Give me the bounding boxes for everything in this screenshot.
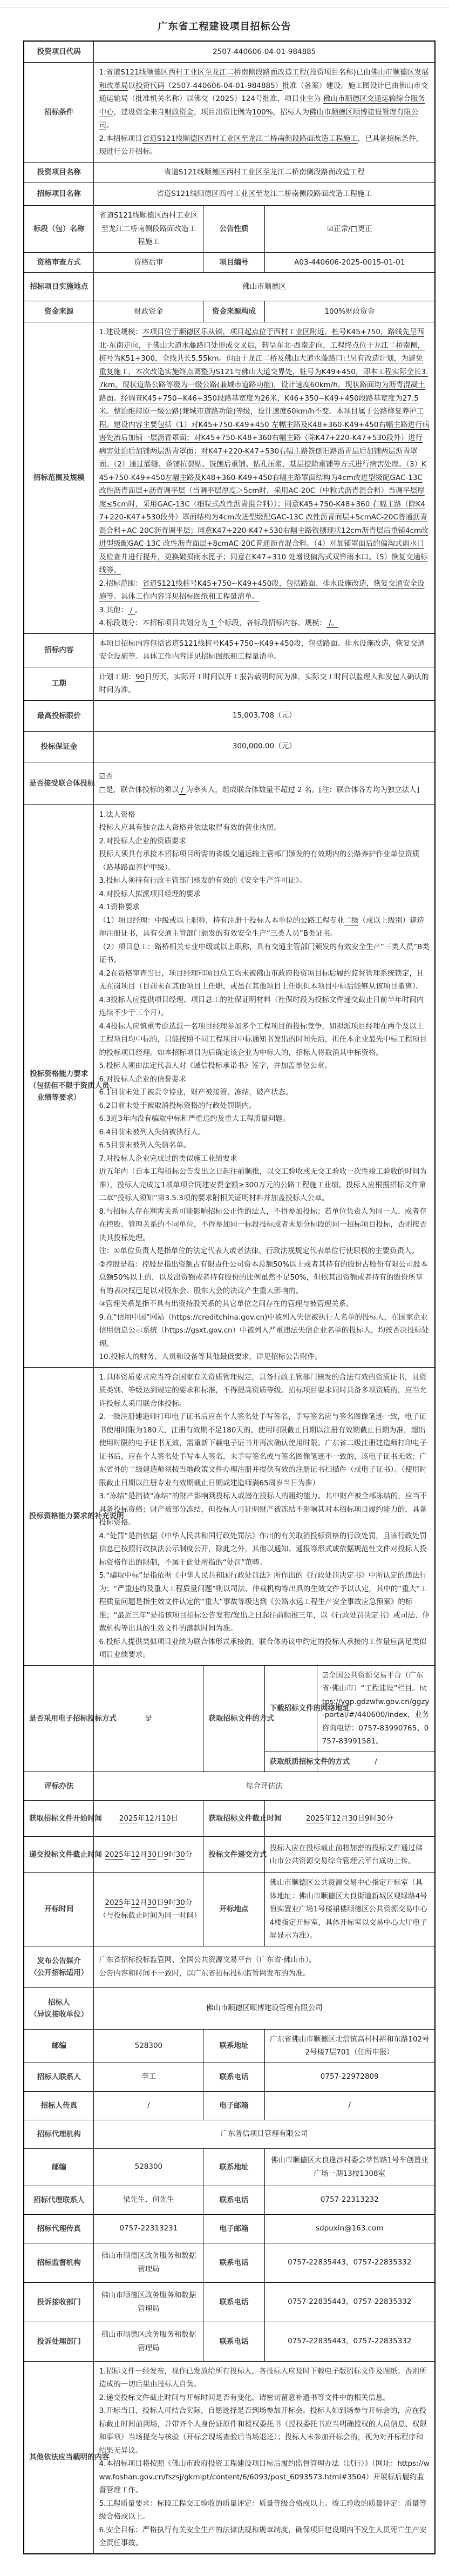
label-doc-obtain-deadline: 获取招标文件截止时间 (203, 1801, 264, 1836)
row-tenderer-postcode: 邮编528300联系地址广东省佛山市顺德区北滘镇高村村裕和东路102号2号楼7层… (24, 2029, 434, 2063)
label-tenderer-contact: 招标人联系人 (24, 2063, 93, 2091)
value-implementation-location: 佛山市顺德区 (93, 273, 434, 301)
text-paragraph: 6.2目前未处于被取消投标资格的行政处罚期内。 (99, 1099, 430, 1113)
table-subrow: 获取纸质招标文件的方式/ (265, 1752, 434, 1772)
text-paragraph: 6.安全目标：严格执行有关安全生产的法律法规和规章制度，确保项目建设期内不发生人… (99, 2524, 430, 2550)
value-bid-submission-method: 投标人应在投标截止前将加密的投标文件通过佛山市公共资源交易综合管理云平台成功上传… (264, 1837, 434, 1872)
value-other-contents: 1.招标文件一经发布，视作已发放给所有投标人，各投标人应及时下载电子版招标文件及… (93, 2362, 434, 2553)
text-paragraph: 综合评估法 (99, 1780, 430, 1793)
row-implementation-location: 招标项目实施地点佛山市顺德区 (24, 272, 434, 301)
value-download-address: ☑全国公共资源交易平台（广东省·佛山市）“工程建设”栏目。https://ygp… (317, 1666, 434, 1752)
text-paragraph: 资金来源构成 (208, 306, 259, 317)
text-paragraph: 投标文件递交方式 (208, 1849, 259, 1861)
text-paragraph: 8.与招标人存在利害关系可能影响招标公正性的法人，不得参加投标；若单位负责人为同… (99, 1205, 430, 1245)
text-paragraph: 2.递交投标文件截止时间与开标时间是否有变化，请密切留意补遗书等文件中的相关信息… (99, 2391, 430, 2405)
label-construction-period: 工期 (24, 667, 93, 700)
label-announcement-media: 发布公告媒介（公开招标适用） (24, 1946, 93, 1987)
text-paragraph: 4.标段划分：本招标项目共划分为 1 个标段，各标段招标内容、规模： /。 (99, 617, 430, 630)
text-paragraph: 项目编号 (208, 256, 259, 268)
text-paragraph: 电子邮箱 (208, 2100, 259, 2112)
row-max-bid-price: 最高投标限价15,003,708（元） (24, 700, 434, 731)
text-paragraph: 其他依法应当载明的内容 (29, 2451, 89, 2463)
text-paragraph: 3.“冻结”是指被“冻结”的财产影响到投标人或潜在投标人的履约能力。其中财产被全… (99, 1490, 430, 1530)
text-paragraph: ☑正常/□更正 (270, 222, 430, 236)
text-paragraph: 4.3投标人应提供项目经理、项目总工的社保证明材料（社保时段为投标文件递交截止日… (99, 993, 430, 1020)
text-paragraph: 联系电话 (208, 2194, 259, 2206)
text-paragraph: 投资项目代码 (29, 46, 89, 58)
label-download-address: 下载招标文件的网络地址 (265, 1666, 317, 1752)
label-funding-source: 资金来源 (24, 301, 93, 322)
value-tenderer-phone: 0757-22972809 (264, 2063, 434, 2091)
text-paragraph: 投资项目名称 (29, 166, 89, 178)
text-paragraph: 标段（包）名称 (29, 223, 89, 235)
text-paragraph: 招标内容 (29, 644, 89, 656)
text-paragraph: 0757-22313232 (270, 2193, 430, 2207)
text-paragraph: 获取招标文件开始时间 (29, 1813, 89, 1824)
text-paragraph: 15,003,708（元） (99, 709, 430, 722)
row-tenderer-fax: 招标人传真/电子邮箱/ (24, 2091, 434, 2120)
label-tenderer-phone: 联系电话 (203, 2063, 264, 2091)
page-top-divider (0, 0, 449, 8)
label-electronic-bidding: 是否采用电子招标投标方式 (24, 1666, 93, 1772)
text-paragraph: 2025年12月30日9时30分（与投标截止时间为同一时间） (99, 1896, 198, 1923)
label-complaint-handling: 投诉处理部门 (24, 2322, 93, 2361)
text-paragraph: 7.对投标人企业完成过的类似施工业绩要求 (99, 1152, 430, 1166)
text-paragraph: ②控股是指：控股是指出资额占有限责任公司资本总额50%以上或者其持有的股份占股份… (99, 1258, 430, 1298)
text-paragraph: 招标代理传真 (29, 2223, 89, 2235)
value-qualification-review-method: 资格后审 (93, 253, 203, 273)
label-agency-contact: 招标代理联系人 (24, 2186, 93, 2214)
text-paragraph: 资格审查方式 (29, 256, 89, 268)
value-doc-obtain-deadline: 2025年12月30日9时30分 (264, 1801, 434, 1836)
text-paragraph: 投标资格能力要求的补充说明 (29, 1510, 89, 1522)
text-paragraph: 招标代理联系人 (29, 2194, 89, 2206)
label-tender-content: 招标内容 (24, 634, 93, 667)
value-investment-project-code: 2507-440606-04-01-984885 (93, 42, 434, 62)
label-agency: 招标代理机构 (24, 2120, 93, 2148)
text-paragraph: ☑全国公共资源交易平台（广东省·佛山市）“工程建设”栏目。https://ygp… (322, 1669, 430, 1748)
value-paper-doc-method: / (317, 1752, 434, 1772)
cell-doc-obtain-methods: 下载招标文件的网络地址☑全国公共资源交易平台（广东省·佛山市）“工程建设”栏目。… (264, 1666, 434, 1772)
text-paragraph: 4.“处罚”是指依据《中华人民共和国行政处罚法》作出的有关取消投标资格的行政处罚… (99, 1530, 430, 1570)
label-tenderer-postcode: 邮编 (24, 2030, 93, 2063)
value-agency-address: 佛山市顺德区大良逢沙村委会萃智路1号车创置业广场一期13楼1308室 (264, 2149, 434, 2186)
text-paragraph: 联系地址 (208, 2161, 259, 2173)
text-paragraph: 资金来源 (29, 306, 89, 317)
value-funding-source: 财政资金 (93, 301, 203, 322)
label-complaint-receiving: 投诉接收部门 (24, 2283, 93, 2322)
text-paragraph: 2.招标范围：省道S121线桩号K45+750~K49+450段，包括路面、排水… (99, 577, 430, 604)
text-paragraph: 佛山市顺德区政务服务和数据管理局 (99, 2328, 198, 2355)
text-paragraph: 工期 (29, 678, 89, 689)
text-paragraph: 注：①单位负责人是指单位的法定代表人或者法律、行政法规规定代表单位行使职权的主要… (99, 1245, 430, 1258)
text-paragraph: 广东省招标投标监管网、全国公共资源交易平台（广东省·佛山市）。 (99, 1953, 430, 1967)
text-paragraph: 邮编 (29, 2040, 89, 2052)
label-max-bid-price: 最高投标限价 (24, 701, 93, 731)
text-paragraph: 2.本招标项目省道S121线顺德区西村工业区至龙江二桥南侧段路面改造工程施工，已… (99, 132, 430, 159)
value-funding-composition: 100%财政资金 (264, 301, 434, 322)
text-paragraph: 5.投标人须由法定代表人对《诚信投标承诺书》签字，并加盖单位公章。 (99, 1059, 430, 1073)
label-agency-address: 联系地址 (203, 2149, 264, 2186)
label-tenderer: 招标人（异议接收单位） (24, 1988, 93, 2029)
value-tender-content: 本项目招标内容包括省道S121线桩号K45+750~K49+450段，包括路面、… (93, 634, 434, 667)
text-paragraph: 下载招标文件的网络地址 (270, 1702, 312, 1714)
label-complaint-receiving-phone: 联系电话 (203, 2283, 264, 2322)
row-consortium-bidding: 是否接受联合体投标☑否□是，联合体投标的须以 / 为牵头人，组成联合体数量不超过… (24, 762, 434, 804)
row-agency-fax: 招标代理传真0757-22313231电子邮箱sdpuxin@163.com (24, 2214, 434, 2243)
value-complaint-receiving-phone: 0757-22835443，0757-22835332 (264, 2283, 434, 2322)
value-supervision-phone: 0757-22835443，0757-22835332 (264, 2243, 434, 2282)
value-supervision-authority: 佛山市顺德区政务服务和数据管理局 (93, 2243, 203, 2282)
text-paragraph: □是，联合体投标的须以 / 为牵头人，组成联合体数量不超过 2 名。[注：联合体… (99, 783, 430, 797)
label-implementation-location: 招标项目实施地点 (24, 273, 93, 301)
label-bid-opening-time: 开标时间 (24, 1873, 93, 1946)
text-paragraph: 佛山市顺德区大良逢沙村委会萃智路1号车创置业广场一期13楼1308室 (270, 2154, 430, 2180)
text-paragraph: 公告性质 (208, 223, 259, 235)
text-paragraph: 招标人联系人 (29, 2071, 89, 2083)
label-announcement-nature: 公告性质 (203, 206, 264, 252)
text-paragraph: 投诉处理部门 (29, 2336, 89, 2348)
text-paragraph: 10.投标人的财务、人员和设备等其他最低要求，详见招标公告附件。 (99, 1350, 430, 1364)
value-construction-period: 计划工期：90日历天，实际开工时间以开工报告载明时间为准，实际交工时间以监理人和… (93, 667, 434, 700)
row-agency-postcode: 邮编528300联系地址佛山市顺德区大良逢沙村委会萃智路1号车创置业广场一期13… (24, 2148, 434, 2186)
value-tender-project-name: 省道S121线顺德区西村工业区至龙江二桥南侧段路面改造工程施工 (93, 182, 434, 205)
value-evaluation-method: 综合评估法 (93, 1772, 434, 1800)
text-paragraph: 近五年内（自本工程招标公告发出之日起往前顺推，以交工验收或无交工验收一次性竣工验… (99, 1165, 430, 1205)
text-paragraph: 2025年12月10日 (99, 1812, 198, 1825)
row-electronic-bidding: 是否采用电子招标投标方式是获取招标文件的方式下载招标文件的网络地址☑全国公共资源… (24, 1665, 434, 1772)
text-paragraph: 最高投标限价 (29, 710, 89, 722)
label-bid-submission-deadline: 递交投标文件截止时间 (24, 1837, 93, 1872)
text-paragraph: 300,000.00（元） (99, 740, 430, 753)
text-paragraph: 4.4投标人应慎重考虑选派一名项目经理参加多个工程项目的投标竞争，如拟派项目经理… (99, 1020, 430, 1060)
row-tenderer: 招标人（异议接收单位）佛山市顺德区顺博建设管理有限公司 (24, 1987, 434, 2029)
text-paragraph: 省道S121线顺德区西村工业区至龙江二桥南侧段路面改造工程 (99, 166, 430, 179)
text-paragraph: 是 (99, 1712, 198, 1726)
label-project-number: 项目编号 (203, 253, 264, 273)
text-paragraph: 投标资格能力要求（包括但不限于资质人员、业绩等要求） (29, 1068, 89, 1104)
text-paragraph: 计划工期：90日历天，实际开工时间以开工报告载明时间为准，实际交工时间以监理人和… (99, 671, 430, 697)
text-paragraph: 4.对投标人拟派项目经理的要求 (99, 888, 430, 901)
row-complaint-handling: 投诉处理部门佛山市顺德区政务服务和数据管理局联系电话0757-22835443，… (24, 2322, 434, 2361)
announcement-page: 广东省工程建设项目招标公告 投资项目代码2507-440606-04-01-98… (0, 19, 449, 2554)
text-paragraph: 李工 (99, 2070, 198, 2084)
text-paragraph: 2.一级注册建造师打印电子证书后应在个人签名处手写签名，手写签名应与签名图像笔迹… (99, 1410, 430, 1490)
label-investment-project-name: 投资项目名称 (24, 163, 93, 182)
label-agency-fax: 招标代理传真 (24, 2215, 93, 2243)
label-bid-submission-method: 投标文件递交方式 (203, 1837, 264, 1872)
text-paragraph: （1）项目经理：中级或以上职称，持有注册于投标人本单位的公路工程专业二级（或以上… (99, 914, 430, 941)
label-tenderer-address: 联系地址 (203, 2030, 264, 2063)
value-announcement-nature: ☑正常/□更正 (264, 206, 434, 252)
label-tender-conditions: 招标条件 (24, 63, 93, 162)
label-qualification-supplement: 投标资格能力要求的补充说明 (24, 1368, 93, 1665)
text-paragraph: 2.对投标人企业的资质要求 (99, 835, 430, 848)
row-investment-project-name: 投资项目名称省道S121线顺德区西村工业区至龙江二桥南侧段路面改造工程 (24, 162, 434, 182)
table-subrow: 下载招标文件的网络地址☑全国公共资源交易平台（广东省·佛山市）“工程建设”栏目。… (265, 1666, 434, 1752)
row-qualification-requirements: 投标资格能力要求（包括但不限于资质人员、业绩等要求）1.法人资格投标人应具有独立… (24, 804, 434, 1367)
text-paragraph: 2507-440606-04-01-984885 (99, 45, 430, 59)
text-paragraph: 联系电话 (208, 2071, 259, 2083)
text-paragraph: 招标监督机构 (29, 2257, 89, 2269)
text-paragraph: 公告内容和时间不一致时，以广东省招标投标监管网发布的为准。 (99, 1967, 430, 1980)
text-paragraph: 佛山市顺德区顺博建设管理有限公司 (99, 2002, 430, 2015)
text-paragraph: 联系电话 (208, 2296, 259, 2308)
value-agency: 广东普信项目管理有限公司 (93, 2120, 434, 2148)
value-tenderer-postcode: 528300 (93, 2030, 203, 2063)
label-investment-project-code: 投资项目代码 (24, 42, 93, 62)
text-paragraph: ☑否 (99, 770, 430, 783)
row-announcement-media: 发布公告媒介（公开招标适用）广东省招标投标监管网、全国公共资源交易平台（广东省·… (24, 1946, 434, 1987)
label-tenderer-fax: 招标人传真 (24, 2092, 93, 2120)
text-paragraph: 2025年12月30日9时30分 (99, 1848, 198, 1862)
label-supervision-authority: 招标监督机构 (24, 2243, 93, 2282)
value-agency-fax: 0757-22313231 (93, 2215, 203, 2243)
value-qualification-supplement: 1.具体资质要求应当符合国家有关资质管理规定，具备行政主管部门核发的合法有效的资… (93, 1368, 434, 1665)
value-agency-phone: 0757-22313232 (264, 2186, 434, 2214)
text-paragraph: 本项目招标内容包括省道S121线桩号K45+750~K49+450段，包括路面、… (99, 637, 430, 664)
value-complaint-handling-phone: 0757-22835443，0757-22835332 (264, 2322, 434, 2361)
text-paragraph: 1.建设规模：本项目位于顺德区乐从镇，项目起点位于西村工业区附近，桩号K45+7… (99, 326, 430, 577)
value-tenderer-contact: 李工 (93, 2063, 203, 2091)
label-scope-and-scale: 招标范围及规模 (24, 322, 93, 633)
row-agency: 招标代理机构广东普信项目管理有限公司 (24, 2120, 434, 2148)
value-qualification-requirements: 1.法人资格投标人应具有独立法人资格并依法取得有效的营业执照。2.对投标人企业的… (93, 805, 434, 1367)
text-paragraph: 100%财政资金 (270, 305, 430, 319)
label-agency-email: 电子邮箱 (203, 2215, 264, 2243)
text-paragraph: 联系电话 (208, 2336, 259, 2348)
row-other-contents: 其他依法应当载明的内容1.招标文件一经发布，视作已发放给所有投标人，各投标人应及… (24, 2361, 434, 2553)
text-paragraph: 6.对投标人企业的信誉要求 (99, 1073, 430, 1086)
text-paragraph: 获取纸质招标文件的方式 (270, 1756, 312, 1768)
row-evaluation-method: 评标办法综合评估法 (24, 1772, 434, 1800)
row-scope-and-scale: 招标范围及规模1.建设规模：本项目位于顺德区乐从镇，项目起点位于西村工业区附近，… (24, 322, 434, 633)
text-paragraph: 招标代理机构 (29, 2128, 89, 2140)
text-paragraph: 省道S121线顺德区西村工业区至龙江二桥南侧段路面改造工程施工 (99, 187, 430, 201)
text-paragraph: 6.3近3年内没有骗取中标和严重违约及重大工程质量问题。 (99, 1112, 430, 1126)
text-paragraph: 1.招标文件一经发布，视作已发放给所有投标人，各投标人应及时下载电子版招标文件及… (99, 2365, 430, 2391)
text-paragraph: 3.开标当日，投标人可结合实际，自愿选择是否到场参加开标会。投标人如到场参与开标… (99, 2404, 430, 2457)
text-paragraph: 开标时间 (29, 1903, 89, 1915)
text-paragraph: 3.其他： / 。 (99, 604, 430, 617)
value-doc-obtain-start: 2025年12月10日 (93, 1801, 203, 1836)
value-max-bid-price: 15,003,708（元） (93, 701, 434, 731)
text-paragraph: 投标人须具有承接本招标项目所需的省级交通运输主管部门颁发的有效期内的公路养护作业… (99, 848, 430, 874)
row-doc-obtain-time: 获取招标文件开始时间2025年12月10日获取招标文件截止时间2025年12月3… (24, 1800, 434, 1836)
value-agency-postcode: 528300 (93, 2149, 203, 2186)
value-bid-opening-place: 佛山市顺德区公共资源交易中心指定开标室（具体地址：佛山市顺德区大良街道新城区观绿… (264, 1873, 434, 1946)
label-bid-opening-place: 开标地点 (203, 1873, 264, 1946)
text-paragraph: 获取招标文件的方式 (208, 1713, 259, 1725)
text-paragraph: 梁先生、何先生 (99, 2193, 198, 2207)
text-paragraph: 6.1目前未处于被责令停业，财产被接管、冻结，破产状态。 (99, 1086, 430, 1099)
row-construction-period: 工期计划工期：90日历天，实际开工时间以开工报告载明时间为准，实际交工时间以监理… (24, 667, 434, 700)
value-investment-project-name: 省道S121线顺德区西村工业区至龙江二桥南侧段路面改造工程 (93, 163, 434, 182)
text-paragraph: 佛山市顺德区 (99, 280, 430, 294)
label-agency-postcode: 邮编 (24, 2149, 93, 2186)
text-paragraph: 5.工程质量要求：标段工程交工验收的质量评定：质量等级合格或以上。竣工验收的质量… (99, 2497, 430, 2524)
text-paragraph: A03-440606-2025-0015-01-01 (270, 256, 430, 269)
text-paragraph: 财政资金 (99, 305, 198, 319)
page-title: 广东省工程建设项目招标公告 (0, 19, 449, 33)
text-paragraph: 528300 (99, 2039, 198, 2053)
label-doc-obtain-method: 获取招标文件的方式 (203, 1666, 264, 1772)
row-tender-conditions: 招标条件1.省道S121线顺德区西村工业区至龙江二桥南侧段路面改造工程(投资项目… (24, 62, 434, 162)
row-bid-opening: 开标时间2025年12月30日9时30分（与投标截止时间为同一时间）开标地点佛山… (24, 1872, 434, 1946)
label-other-contents: 其他依法应当载明的内容 (24, 2362, 93, 2553)
text-paragraph: 6.5目前未被列入失信名单。 (99, 1139, 430, 1152)
row-agency-contact: 招标代理联系人梁先生、何先生联系电话0757-22313232 (24, 2186, 434, 2214)
value-tenderer-address: 广东省佛山市顺德区北滘镇高村村裕和东路102号2号楼7层701（住所申报） (264, 2030, 434, 2063)
text-paragraph: 佛山市顺德区政务服务和数据管理局 (99, 2249, 198, 2276)
row-bid-bond: 投标保证金300,000.00（元） (24, 731, 434, 762)
text-paragraph: 5.“骗取中标”是指依据《中华人民共和国行政处罚法》所作出的《行政处罚决定书》中… (99, 1569, 430, 1635)
value-announcement-media: 广东省招标投标监管网、全国公共资源交易平台（广东省·佛山市）。公告内容和时间不一… (93, 1946, 434, 1987)
text-paragraph: 电子邮箱 (208, 2223, 259, 2235)
text-paragraph: / (99, 2099, 198, 2112)
text-paragraph: / (322, 1755, 430, 1769)
row-tenderer-contact: 招标人联系人李工联系电话0757-22972809 (24, 2063, 434, 2091)
label-section-package-name: 标段（包）名称 (24, 206, 93, 252)
text-paragraph: 是否采用电子招标投标方式 (29, 1713, 89, 1725)
text-paragraph: 招标条件 (29, 106, 89, 118)
row-qualification-supplement: 投标资格能力要求的补充说明1.具体资质要求应当符合国家有关资质管理规定，具备行政… (24, 1367, 434, 1665)
row-funding-source: 资金来源财政资金资金来源构成100%财政资金 (24, 301, 434, 322)
text-paragraph: 528300 (99, 2160, 198, 2174)
text-paragraph: 是否接受联合体投标 (29, 777, 89, 789)
value-tenderer-email: / (264, 2092, 434, 2120)
label-evaluation-method: 评标办法 (24, 1772, 93, 1800)
text-paragraph: / (270, 2099, 430, 2112)
announcement-table: 投资项目代码2507-440606-04-01-984885招标条件1.省道S1… (23, 40, 436, 2554)
text-paragraph: 1.具体资质要求应当符合国家有关资质管理规定，具备行政主管部门核发的合法有效的资… (99, 1371, 430, 1411)
text-paragraph: 资格后审 (99, 256, 198, 269)
row-tender-project-name: 招标项目名称省道S121线顺德区西村工业区至龙江二桥南侧段路面改造工程施工 (24, 182, 434, 205)
text-paragraph: 联系电话 (208, 2257, 259, 2269)
text-paragraph: 广东省佛山市顺德区北滘镇高村村裕和东路102号2号楼7层701（住所申报） (270, 2033, 430, 2059)
row-qualification-review: 资格审查方式资格后审项目编号A03-440606-2025-0015-01-01 (24, 252, 434, 273)
text-paragraph: 省道S121线顺德区西村工业区至龙江二桥南侧段路面改造工程施工 (99, 209, 198, 249)
value-complaint-receiving: 佛山市顺德区政务服务和数据管理局 (93, 2283, 203, 2322)
label-complaint-handling-phone: 联系电话 (203, 2322, 264, 2361)
label-qualification-review-method: 资格审查方式 (24, 253, 93, 273)
text-paragraph: 0757-22835443，0757-22835332 (270, 2256, 430, 2269)
label-paper-doc-method: 获取纸质招标文件的方式 (265, 1752, 317, 1772)
text-paragraph: 招标人（异议接收单位） (29, 1997, 89, 2020)
text-paragraph: 评标办法 (29, 1780, 89, 1792)
text-paragraph: 递交投标文件截止时间 (29, 1849, 89, 1861)
text-paragraph: 招标范围及规模 (29, 472, 89, 484)
row-tender-content: 招标内容本项目招标内容包括省道S121线桩号K45+750~K49+450段，包… (24, 633, 434, 667)
text-paragraph: 投标人应具有独立法人资格并依法取得有效的营业执照。 (99, 821, 430, 835)
text-paragraph: 广东普信项目管理有限公司 (99, 2127, 430, 2141)
text-paragraph: 0757-22972809 (270, 2070, 430, 2084)
text-paragraph: 投标保证金 (29, 741, 89, 753)
text-paragraph: 佛山市顺德区公共资源交易中心指定开标室（具体地址：佛山市顺德区大良街道新城区观绿… (270, 1876, 430, 1943)
text-paragraph: 开标地点 (208, 1903, 259, 1915)
text-paragraph: 发布公告媒介（公开招标适用） (29, 1955, 89, 1979)
value-consortium-bidding: ☑否□是，联合体投标的须以 / 为牵头人，组成联合体数量不超过 2 名。[注：联… (93, 762, 434, 804)
label-bid-bond: 投标保证金 (24, 732, 93, 762)
value-agency-email: sdpuxin@163.com (264, 2215, 434, 2243)
text-paragraph: 9.在“信用中国”网站（https://creditchina.gov.cn)中… (99, 1311, 430, 1351)
label-doc-obtain-start: 获取招标文件开始时间 (24, 1801, 93, 1836)
text-paragraph: 邮编 (29, 2161, 89, 2173)
text-paragraph: 1.法人资格 (99, 808, 430, 822)
row-investment-project-code: 投资项目代码2507-440606-04-01-984885 (24, 42, 434, 62)
text-paragraph: 6.4目前未被列入失信被执行人。 (99, 1126, 430, 1139)
text-paragraph: 招标人传真 (29, 2100, 89, 2112)
text-paragraph: 联系地址 (208, 2040, 259, 2052)
value-bid-submission-deadline: 2025年12月30日9时30分 (93, 1837, 203, 1872)
text-paragraph: 1.省道S121线顺德区西村工业区至龙江二桥南侧段路面改造工程(投资项目名称)已… (99, 66, 430, 132)
text-paragraph: 4.本招标项目将按照《佛山市政府投资工程建设项目标后履约监督管理办法（试行）》（… (99, 2457, 430, 2497)
text-paragraph: 4.2在资格审查当日，项目经理和项目总工均未被佛山市政府投资项目标后履约监督管理… (99, 967, 430, 993)
label-tender-project-name: 招标项目名称 (24, 182, 93, 205)
label-agency-phone: 联系电话 (203, 2186, 264, 2214)
label-funding-composition: 资金来源构成 (203, 301, 264, 322)
value-bid-opening-time: 2025年12月30日9时30分（与投标截止时间为同一时间） (93, 1873, 203, 1946)
label-supervision-phone: 联系电话 (203, 2243, 264, 2282)
text-paragraph: 招标项目名称 (29, 188, 89, 200)
text-paragraph: 佛山市顺德区政务服务和数据管理局 (99, 2289, 198, 2315)
text-paragraph: 招标项目实施地点 (29, 281, 89, 293)
value-tenderer-fax: / (93, 2092, 203, 2120)
row-complaint-receiving: 投诉接收部门佛山市顺德区政务服务和数据管理局联系电话0757-22835443，… (24, 2282, 434, 2322)
text-paragraph: sdpuxin@163.com (270, 2222, 430, 2235)
value-agency-contact: 梁先生、何先生 (93, 2186, 203, 2214)
text-paragraph: 3.投标人须持有行政主管部门核发的有效的《安全生产许可证》。 (99, 874, 430, 888)
label-tenderer-email: 电子邮箱 (203, 2092, 264, 2120)
value-tenderer: 佛山市顺德区顺博建设管理有限公司 (93, 1988, 434, 2029)
text-paragraph: 投标人应在投标截止前将加密的投标文件通过佛山市公共资源交易综合管理云平台成功上传… (270, 1842, 430, 1868)
value-project-number: A03-440606-2025-0015-01-01 (264, 253, 434, 273)
value-scope-and-scale: 1.建设规模：本项目位于顺德区乐从镇，项目起点位于西村工业区附近，桩号K45+7… (93, 322, 434, 633)
text-paragraph: 6.投标人提供类似项目业绩为联合体形式承接的，联合体协议中约定的投标人承接的工作… (99, 1635, 430, 1662)
value-electronic-bidding: 是 (93, 1666, 203, 1772)
row-section-package-name: 标段（包）名称省道S121线顺德区西村工业区至龙江二桥南侧段路面改造工程施工公告… (24, 205, 434, 252)
label-consortium-bidding: 是否接受联合体投标 (24, 762, 93, 804)
label-qualification-requirements: 投标资格能力要求（包括但不限于资质人员、业绩等要求） (24, 805, 93, 1367)
row-supervision-authority: 招标监督机构佛山市顺德区政务服务和数据管理局联系电话0757-22835443，… (24, 2243, 434, 2282)
announcement-table-wrap: 投资项目代码2507-440606-04-01-984885招标条件1.省道S1… (23, 40, 436, 2554)
text-paragraph: 0757-22835443，0757-22835332 (270, 2295, 430, 2309)
text-paragraph: 投诉接收部门 (29, 2296, 89, 2308)
value-tender-conditions: 1.省道S121线顺德区西村工业区至龙江二桥南侧段路面改造工程(投资项目名称)已… (93, 63, 434, 162)
text-paragraph: 0757-22313231 (99, 2222, 198, 2235)
text-paragraph: 4.1资格要求 (99, 901, 430, 914)
value-section-package-name: 省道S121线顺德区西村工业区至龙江二桥南侧段路面改造工程施工 (93, 206, 203, 252)
row-bid-submission: 递交投标文件截止时间2025年12月30日9时30分投标文件递交方式投标人应在投… (24, 1836, 434, 1872)
value-bid-bond: 300,000.00（元） (93, 732, 434, 762)
text-paragraph: ③管理关系是指不具有出资持股关系的其它单位之间存在的管理与被管理关系。 (99, 1297, 430, 1311)
text-paragraph: （2）项目总工：路桥相关专业中级或以上职称，具有交通主管部门颁发的有效安全生产“… (99, 941, 430, 967)
text-paragraph: 0757-22835443，0757-22835332 (270, 2335, 430, 2348)
text-paragraph: 2025年12月30日9时30分 (270, 1812, 430, 1825)
text-paragraph: 获取招标文件截止时间 (208, 1813, 259, 1824)
value-complaint-handling: 佛山市顺德区政务服务和数据管理局 (93, 2322, 203, 2361)
